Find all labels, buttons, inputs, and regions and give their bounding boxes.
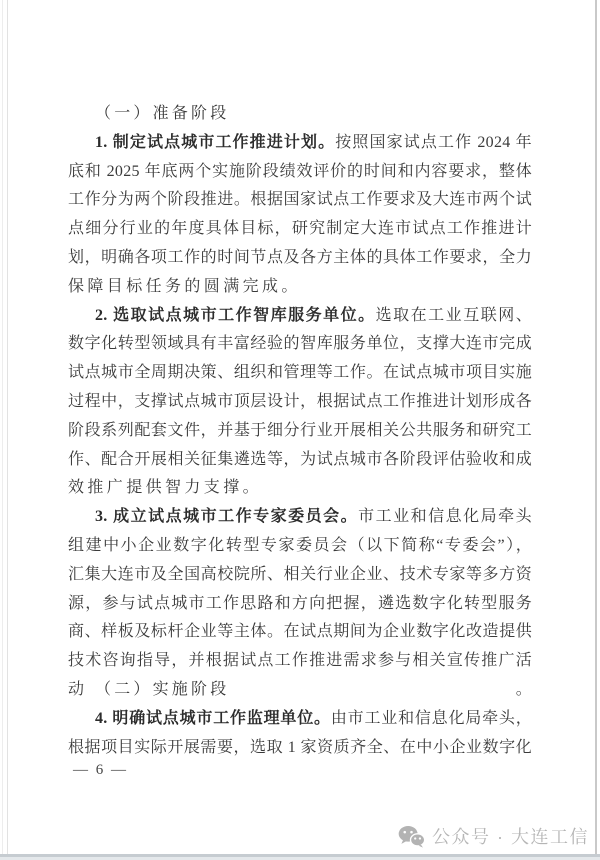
bold-run: 3. 成立试点城市工作专家委员会。 [95, 508, 358, 525]
text-run: 商、样板及标杆企业等主体。在试点期间为企业数字化改造提供 [68, 623, 532, 640]
text-run: 底和 2025 年底两个实施阶段绩效评价的时间和内容要求，整体 [68, 163, 532, 180]
document-body: （一）准备阶段1. 制定试点城市工作推进计划。按照国家试点工作 2024 年底和… [68, 100, 532, 762]
text-line: 作、配合开展相关征集遴选等，为试点城市各阶段评估验收和成 [68, 446, 532, 475]
text-line: 保障目标任务的圆满完成。 [68, 273, 532, 302]
text-line: 3. 成立试点城市工作专家委员会。市工业和信息化局牵头 [68, 503, 532, 532]
paragraph: 4. 明确试点城市工作监理单位。由市工业和信息化局牵头，根据项目实际开展需要，选… [68, 705, 532, 763]
text-run: 阶段系列配套文件，并基于细分行业开展相关公共服务和研究工 [68, 422, 532, 439]
bold-run: 2. 选取试点城市工作智库服务单位。 [95, 307, 376, 324]
text-line: 技术咨询指导，并根据试点工作推进需求参与相关宣传推广活动。 [68, 647, 532, 676]
text-line: 数字化转型领域具有丰富经验的智库服务单位，支撑大连市完成 [68, 330, 532, 359]
text-run: 点细分行业的年度具体目标，研究制定大连市试点工作推进计 [68, 220, 532, 237]
section-heading: （一）准备阶段 [68, 100, 532, 129]
text-run: 作、配合开展相关征集遴选等，为试点城市各阶段评估验收和成 [68, 451, 532, 468]
text-line: 2. 选取试点城市工作智库服务单位。选取在工业互联网、 [68, 302, 532, 331]
bold-run: 4. 明确试点城市工作监理单位。 [95, 710, 331, 727]
text-run: 市工业和信息化局牵头 [358, 508, 532, 525]
text-line: 源，参与试点城市工作思路和方向把握，遴选数字化转型服务 [68, 590, 532, 619]
text-run: 选取在工业互联网、 [376, 307, 532, 324]
text-line: 试点城市全周期决策、组织和管理等工作。在试点城市项目实施 [68, 359, 532, 388]
text-line: 组建中小企业数字化转型专家委员会（以下简称“专委会”）， [68, 532, 532, 561]
text-run: （二）实施阶段 [95, 681, 229, 698]
paragraph: 1. 制定试点城市工作推进计划。按照国家试点工作 2024 年底和 2025 年… [68, 129, 532, 302]
text-line: 效推广提供智力支撑。 [68, 474, 532, 503]
text-line: 划，明确各项工作的时间节点及各方主体的具体工作要求，全力 [68, 244, 532, 273]
text-line: 阶段系列配套文件，并基于细分行业开展相关公共服务和研究工 [68, 417, 532, 446]
text-line: 1. 制定试点城市工作推进计划。按照国家试点工作 2024 年 [68, 129, 532, 158]
text-run: 数字化转型领域具有丰富经验的智库服务单位，支撑大连市完成 [68, 335, 532, 352]
text-line: 商、样板及标杆企业等主体。在试点期间为企业数字化改造提供 [68, 618, 532, 647]
paragraph: 2. 选取试点城市工作智库服务单位。选取在工业互联网、数字化转型领域具有丰富经验… [68, 302, 532, 504]
text-run: 根据项目实际开展需要，选取 1 家资质齐全、在中小企业数字化 [68, 739, 532, 756]
paragraph: 3. 成立试点城市工作专家委员会。市工业和信息化局牵头组建中小企业数字化转型专家… [68, 503, 532, 676]
text-run: 试点城市全周期决策、组织和管理等工作。在试点城市项目实施 [68, 364, 532, 381]
text-line: 过程中，支撑试点城市顶层设计，根据试点工作推进计划形成各 [68, 388, 532, 417]
text-run: （一）准备阶段 [95, 105, 229, 122]
text-run: 工作分为两个阶段推进。根据国家试点工作要求及大连市两个试 [68, 191, 532, 208]
wechat-badge: 公众号 · 大连工信 [398, 823, 589, 849]
text-run: 保障目标任务的圆满完成。 [68, 278, 301, 295]
text-line: 4. 明确试点城市工作监理单位。由市工业和信息化局牵头， [68, 705, 532, 734]
text-run: 按照国家试点工作 2024 年 [335, 134, 532, 151]
text-line: 工作分为两个阶段推进。根据国家试点工作要求及大连市两个试 [68, 186, 532, 215]
page-number: — 6 — [73, 756, 128, 785]
text-run: 汇集大连市及全国高校院所、相关行业企业、技术专家等多方资 [68, 566, 532, 583]
text-run: 源，参与试点城市工作思路和方向把握，遴选数字化转型服务 [68, 595, 532, 612]
text-run: 划，明确各项工作的时间节点及各方主体的具体工作要求，全力 [68, 249, 532, 266]
text-line: 根据项目实际开展需要，选取 1 家资质齐全、在中小企业数字化 [68, 734, 532, 763]
text-line: 底和 2025 年底两个实施阶段绩效评价的时间和内容要求，整体 [68, 158, 532, 187]
text-line: 点细分行业的年度具体目标，研究制定大连市试点工作推进计 [68, 215, 532, 244]
text-run: 由市工业和信息化局牵头， [331, 710, 532, 727]
page-edge-left-outer [2, 0, 3, 860]
page-edge-left [7, 0, 8, 860]
bold-run: 1. 制定试点城市工作推进计划。 [95, 134, 335, 151]
text-run: 组建中小企业数字化转型专家委员会（以下简称“专委会”）， [68, 537, 532, 554]
text-line: （一）准备阶段 [68, 100, 532, 129]
text-line: 汇集大连市及全国高校院所、相关行业企业、技术专家等多方资 [68, 561, 532, 590]
wechat-icon [398, 825, 425, 848]
page-edge-right [595, 0, 597, 860]
text-run: 效推广提供智力支撑。 [68, 479, 262, 496]
wechat-label: 公众号 · 大连工信 [432, 823, 589, 849]
text-run: 过程中，支撑试点城市顶层设计，根据试点工作推进计划形成各 [68, 393, 532, 410]
